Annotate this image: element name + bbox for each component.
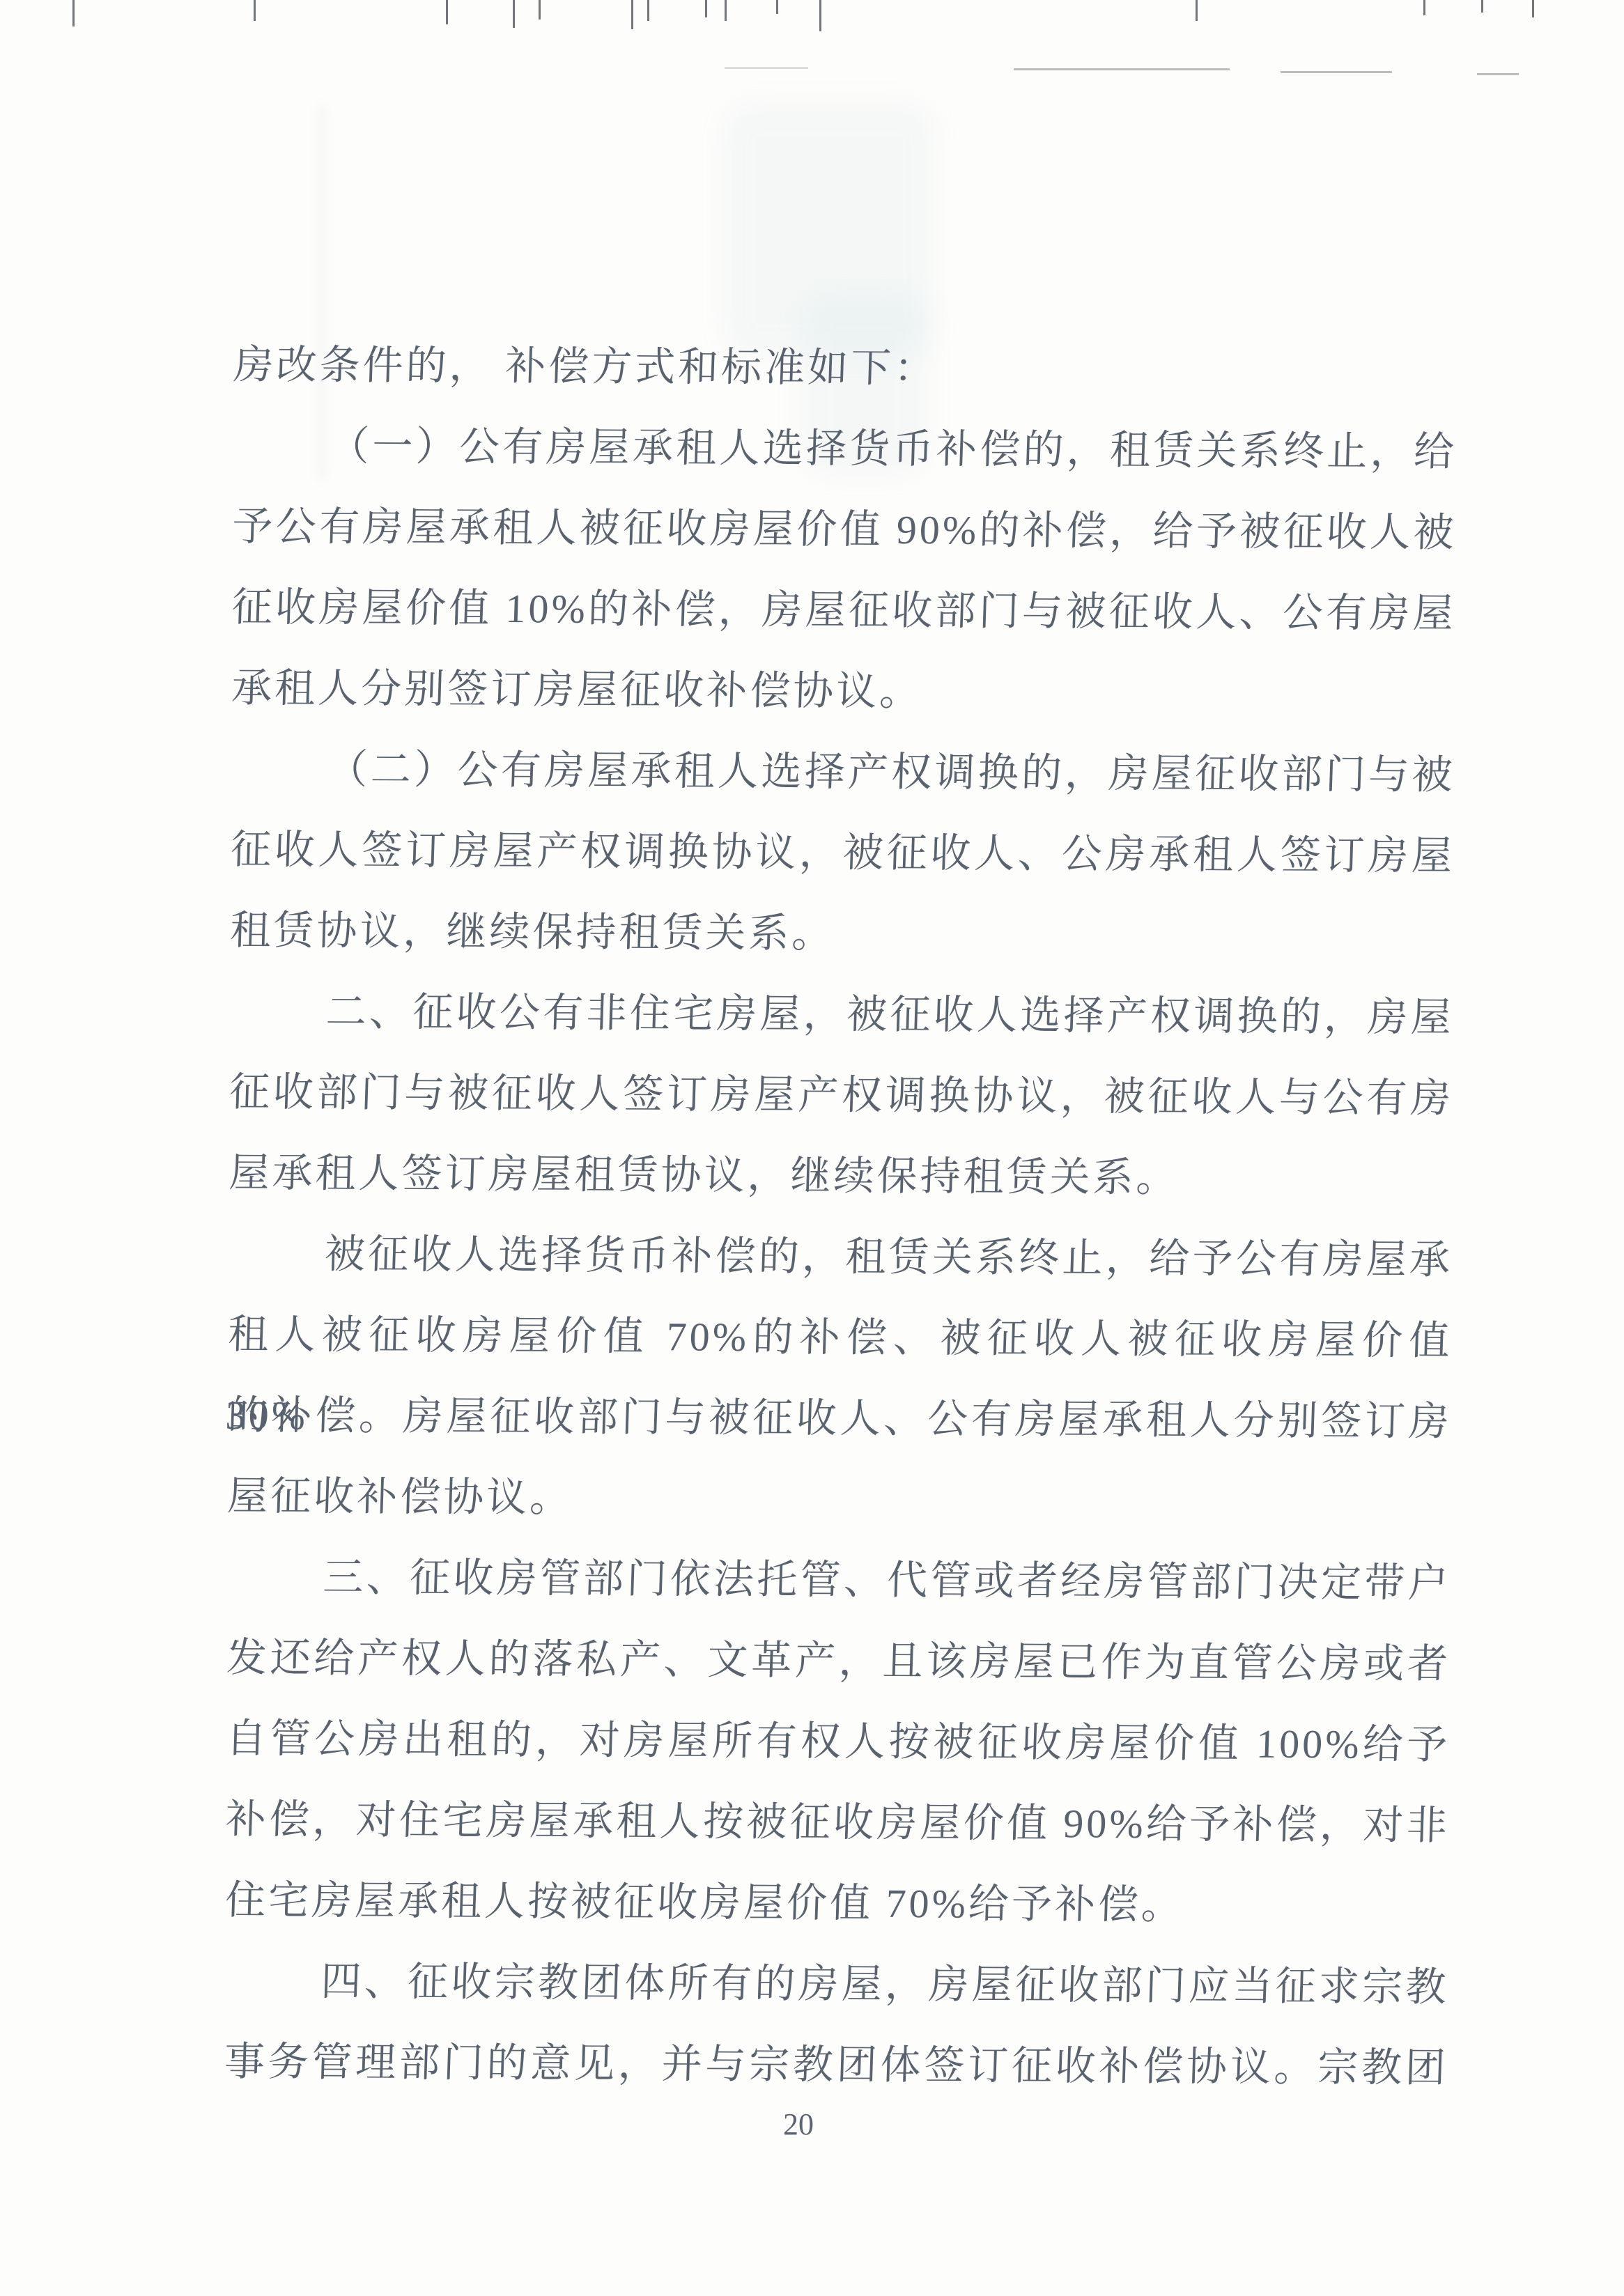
document-body: 房改条件的， 补偿方式和标准如下：（一）公有房屋承租人选择货币补偿的，租赁关系终…	[224, 325, 1457, 2109]
text-line: 二、征收公有非住宅房屋，被征收人选择产权调换的，房屋	[229, 971, 1455, 1058]
text-line: 租人被征收房屋价值 70%的补偿、被征收人被征收房屋价值 30%	[227, 1294, 1454, 1381]
scan-tick	[819, 0, 821, 31]
text-line: 事务管理部门的意见，并与宗教团体签订征收补偿协议。宗教团	[223, 2022, 1450, 2109]
scan-tick	[72, 0, 75, 26]
scan-tick	[647, 0, 649, 21]
scan-tick	[446, 0, 448, 24]
text-line: 屋承租人签订房屋租赁协议，继续保持租赁关系。	[228, 1133, 1455, 1220]
text-line: 的补偿。房屋征收部门与被征收人、公有房屋承租人分别签订房	[226, 1375, 1453, 1462]
text-line: 房改条件的， 补偿方式和标准如下：	[232, 325, 1459, 412]
scan-tick	[631, 0, 633, 29]
scan-tick	[1196, 0, 1198, 21]
text-line: （一）公有房屋承租人选择货币补偿的，租赁关系终止，给	[231, 405, 1458, 492]
text-line: 被征收人选择货币补偿的，租赁关系终止，给予公有房屋承	[227, 1213, 1454, 1301]
text-line: 承租人分别签订房屋征收补偿协议。	[230, 648, 1457, 735]
text-line: 发还给产权人的落私产、文革产，且该房屋已作为直管公房或者	[225, 1618, 1452, 1705]
scan-dash	[1477, 73, 1519, 75]
scan-tick	[539, 0, 541, 20]
page-number: 20	[764, 2107, 833, 2142]
text-line: 租赁协议，继续保持租赁关系。	[229, 890, 1456, 977]
scan-tick	[1481, 0, 1483, 13]
scan-tick	[776, 0, 778, 14]
text-line: （二）公有房屋承租人选择产权调换的，房屋征收部门与被	[230, 729, 1457, 816]
text-line: 补偿，对住宅房屋承租人按被征收房屋价值 90%给予补偿，对非	[224, 1779, 1451, 1866]
text-line: 三、征收房管部门依法托管、代管或者经房管部门决定带户	[226, 1537, 1453, 1624]
scan-tick	[725, 0, 727, 21]
scan-dash	[1014, 68, 1230, 70]
text-line: 住宅房屋承租人按被征收房屋价值 70%给予补偿。	[224, 1860, 1451, 1947]
scan-tick	[1532, 0, 1534, 17]
text-line: 屋征收补偿协议。	[226, 1456, 1453, 1543]
text-line: 予公有房屋承租人被征收房屋价值 90%的补偿，给予被征收人被	[231, 486, 1458, 573]
text-line: 自管公房出租的，对房屋所有权人按被征收房屋价值 100%给予	[225, 1698, 1452, 1785]
document-page: 房改条件的， 补偿方式和标准如下：（一）公有房屋承租人选择货币补偿的，租赁关系终…	[0, 0, 1624, 2296]
scan-tick	[1423, 0, 1425, 15]
scan-dash	[725, 67, 808, 69]
scan-tick	[705, 0, 707, 17]
text-line: 征收房屋价值 10%的补偿，房屋征收部门与被征收人、公有房屋	[231, 567, 1457, 654]
text-line: 四、征收宗教团体所有的房屋，房屋征收部门应当征求宗教	[224, 1941, 1451, 2028]
scan-tick	[513, 0, 515, 28]
text-line: 征收部门与被征收人签订房屋产权调换协议，被征收人与公有房	[228, 1052, 1455, 1139]
scan-dash	[1281, 71, 1392, 73]
text-line: 征收人签订房屋产权调换协议，被征收人、公房承租人签订房屋	[229, 809, 1456, 897]
scan-tick	[254, 0, 256, 21]
